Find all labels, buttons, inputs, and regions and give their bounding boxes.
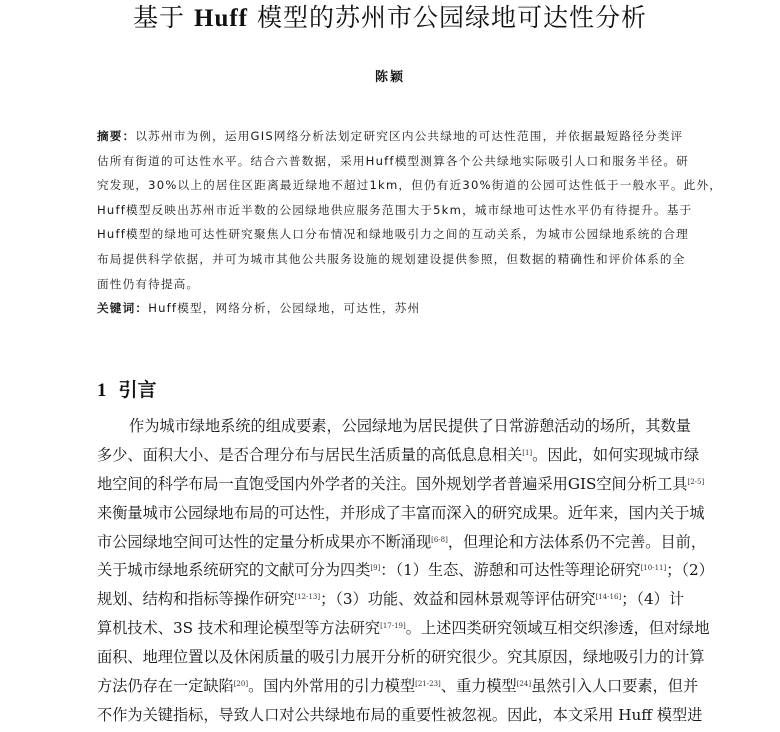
section-number: 1 — [97, 380, 107, 401]
citation-ref: [1] — [522, 449, 532, 457]
abstract-line: 摘要：以苏州市为例，运用GIS网络分析法划定研究区内公共绿地的可达性范围，并依据… — [97, 124, 682, 149]
abstract-block: 摘要：以苏州市为例，运用GIS网络分析法划定研究区内公共绿地的可达性范围，并依据… — [97, 124, 682, 296]
title-suffix: 模型的苏州市公园绿地可达性分析 — [248, 3, 647, 32]
citation-ref: [9] — [370, 564, 380, 572]
keywords: 关键词：Huff模型，网络分析，公园绿地，可达性，苏州 — [97, 296, 420, 320]
section-heading: 1引言 — [97, 375, 157, 402]
abstract-line: Huff模型反映出苏州市近半数的公园绿地供应服务范围大于5km，城市绿地可达性水… — [97, 198, 682, 223]
abstract-line: 面性仍有待提高。 — [97, 272, 682, 297]
citation-ref: [14-16] — [596, 593, 622, 601]
section-title: 引言 — [119, 379, 157, 401]
document-page: 基于 Huff 模型的苏州市公园绿地可达性分析 陈颖 摘要：以苏州市为例，运用G… — [0, 0, 780, 732]
citation-ref: [10-11] — [641, 564, 667, 572]
body-text: 作为城市绿地系统的组成要素，公园绿地为居民提供了日常游憩活动的场所，其数量多少、… — [97, 412, 682, 730]
body-line: 市公园绿地空间可达性的定量分析成果亦不断涌现[6-8]，但理论和方法体系仍不完善… — [97, 528, 682, 557]
abstract-line: 布局提供科学依据，并可为城市其他公共服务设施的规划建设提供参照，但数据的精确性和… — [97, 247, 682, 272]
citation-ref: [17-19] — [380, 622, 406, 630]
abstract-line: 估所有街道的可达性水平。结合六普数据，采用Huff模型测算各个公共绿地实际吸引人… — [97, 149, 682, 174]
abstract-line: 究发现，30%以上的居住区距离最近绿地不超过1km，但仍有近30%街道的公园可达… — [97, 173, 682, 198]
paper-title: 基于 Huff 模型的苏州市公园绿地可达性分析 — [0, 0, 780, 34]
abstract-line: Huff模型的绿地可达性研究聚焦人口分布情况和绿地吸引力之间的互动关系，为城市公… — [97, 222, 682, 247]
citation-ref: [2-5] — [687, 478, 704, 486]
abstract-text: 以苏州市为例，运用GIS网络分析法划定研究区内公共绿地的可达性范围，并依据最短路… — [135, 129, 683, 143]
citation-ref: [21-23] — [415, 680, 441, 688]
citation-ref: [20] — [234, 680, 248, 688]
body-line: 方法仍存在一定缺陷[20]。国内外常用的引力模型[21-23]、重力模型[24]… — [97, 672, 682, 701]
body-line: 地空间的科学布局一直饱受国内外学者的关注。国外规划学者普遍采用GIS空间分析工具… — [97, 470, 682, 499]
citation-ref: [24] — [517, 680, 531, 688]
body-line: 作为城市绿地系统的组成要素，公园绿地为居民提供了日常游憩活动的场所，其数量 — [97, 412, 682, 441]
body-line: 算机技术、3S 技术和理论模型等方法研究[17-19]。上述四类研究领域互相交织… — [97, 614, 682, 643]
body-line: 来衡量城市公园绿地布局的可达性，并形成了丰富而深入的研究成果。近年来，国内关于城 — [97, 499, 682, 528]
title-prefix: 基于 — [133, 3, 194, 32]
body-line: 面积、地理位置以及休闲质量的吸引力展开分析的研究很少。究其原因，绿地吸引力的计算 — [97, 643, 682, 672]
body-line: 不作为关键指标，导致人口对公共绿地布局的重要性被忽视。因此，本文采用 Huff … — [97, 701, 682, 730]
citation-ref: [12-13] — [294, 593, 320, 601]
author-name: 陈颖 — [0, 66, 780, 85]
title-bold-term: Huff — [194, 5, 248, 32]
citation-ref: [6-8] — [431, 536, 448, 544]
body-line: 规划、结构和指标等操作研究[12-13]；（3）功能、效益和园林景观等评估研究[… — [97, 585, 682, 614]
keywords-label: 关键词： — [97, 301, 148, 315]
abstract-label: 摘要： — [97, 129, 135, 143]
body-line: 多少、面积大小、是否合理分布与居民生活质量的高低息息相关[1]。因此，如何实现城… — [97, 441, 682, 470]
keywords-text: Huff模型，网络分析，公园绿地，可达性，苏州 — [148, 301, 420, 315]
body-line: 关于城市绿地系统研究的文献可分为四类[9]：（1）生态、游憩和可达性等理论研究[… — [97, 556, 682, 585]
